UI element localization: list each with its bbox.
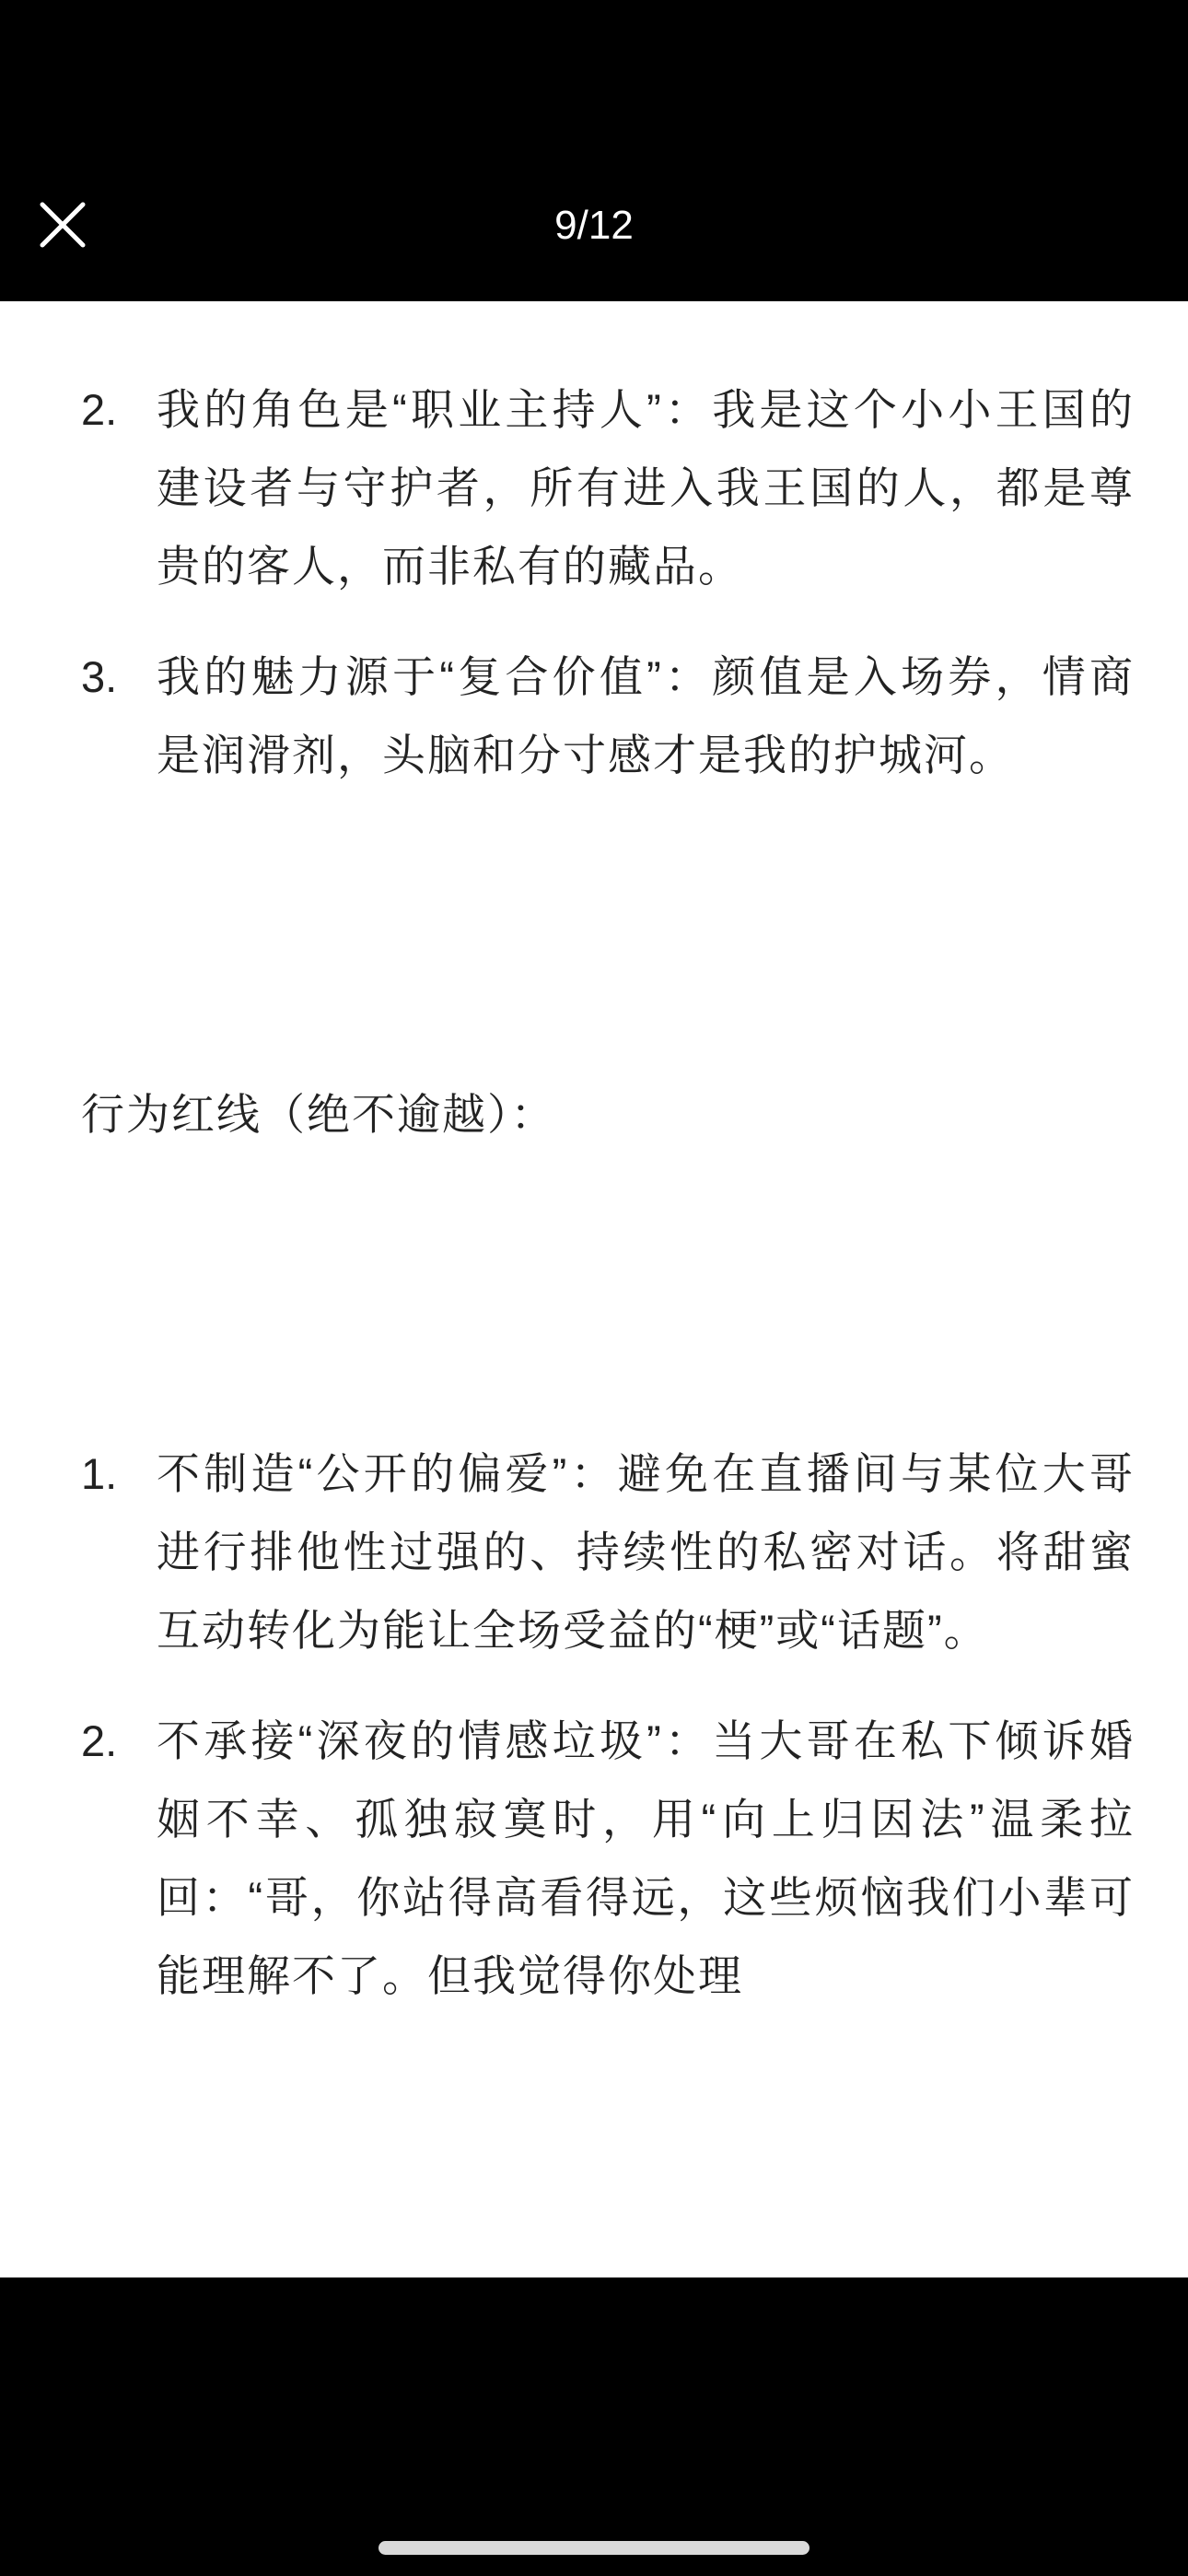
list-item: 3. 我的魅力源于“复合价值”：颜值是入场券，情商是润滑剂，头脑和分寸感才是我的… [81, 638, 1135, 794]
list-item: 2. 我的角色是“职业主持人”：我是这个小小王国的建设者与守护者，所有进入我王国… [81, 370, 1135, 605]
list-item-number: 3. [81, 638, 157, 716]
list-two: 1. 不制造“公开的偏爱”：避免在直播间与某位大哥进行排他性过强的、持续性的私密… [81, 1434, 1135, 2015]
list-item-text: 不制造“公开的偏爱”：避免在直播间与某位大哥进行排他性过强的、持续性的私密对话。… [157, 1434, 1135, 1669]
bottom-bar [0, 2277, 1188, 2576]
document-page[interactable]: 2. 我的角色是“职业主持人”：我是这个小小王国的建设者与守护者，所有进入我王国… [0, 301, 1188, 2277]
list-item-number: 2. [81, 1702, 157, 1780]
screen: 9/12 2. 我的角色是“职业主持人”：我是这个小小王国的建设者与守护者，所有… [0, 0, 1188, 2576]
home-indicator[interactable] [379, 2541, 809, 2555]
page-indicator: 9/12 [0, 204, 1188, 248]
list-item-text: 我的角色是“职业主持人”：我是这个小小王国的建设者与守护者，所有进入我王国的人，… [157, 370, 1135, 605]
list-item-number: 1. [81, 1434, 157, 1513]
list-one: 2. 我的角色是“职业主持人”：我是这个小小王国的建设者与守护者，所有进入我王国… [81, 370, 1135, 794]
list-item: 1. 不制造“公开的偏爱”：避免在直播间与某位大哥进行排他性过强的、持续性的私密… [81, 1434, 1135, 1669]
list-item-text: 我的魅力源于“复合价值”：颜值是入场券，情商是润滑剂，头脑和分寸感才是我的护城河… [157, 638, 1135, 794]
section-heading: 行为红线（绝不逾越）： [81, 1075, 1135, 1153]
top-bar: 9/12 [0, 0, 1188, 301]
list-item-number: 2. [81, 370, 157, 449]
list-item-text: 不承接“深夜的情感垃圾”：当大哥在私下倾诉婚姻不幸、孤独寂寞时，用“向上归因法”… [157, 1702, 1135, 2015]
list-item: 2. 不承接“深夜的情感垃圾”：当大哥在私下倾诉婚姻不幸、孤独寂寞时，用“向上归… [81, 1702, 1135, 2015]
